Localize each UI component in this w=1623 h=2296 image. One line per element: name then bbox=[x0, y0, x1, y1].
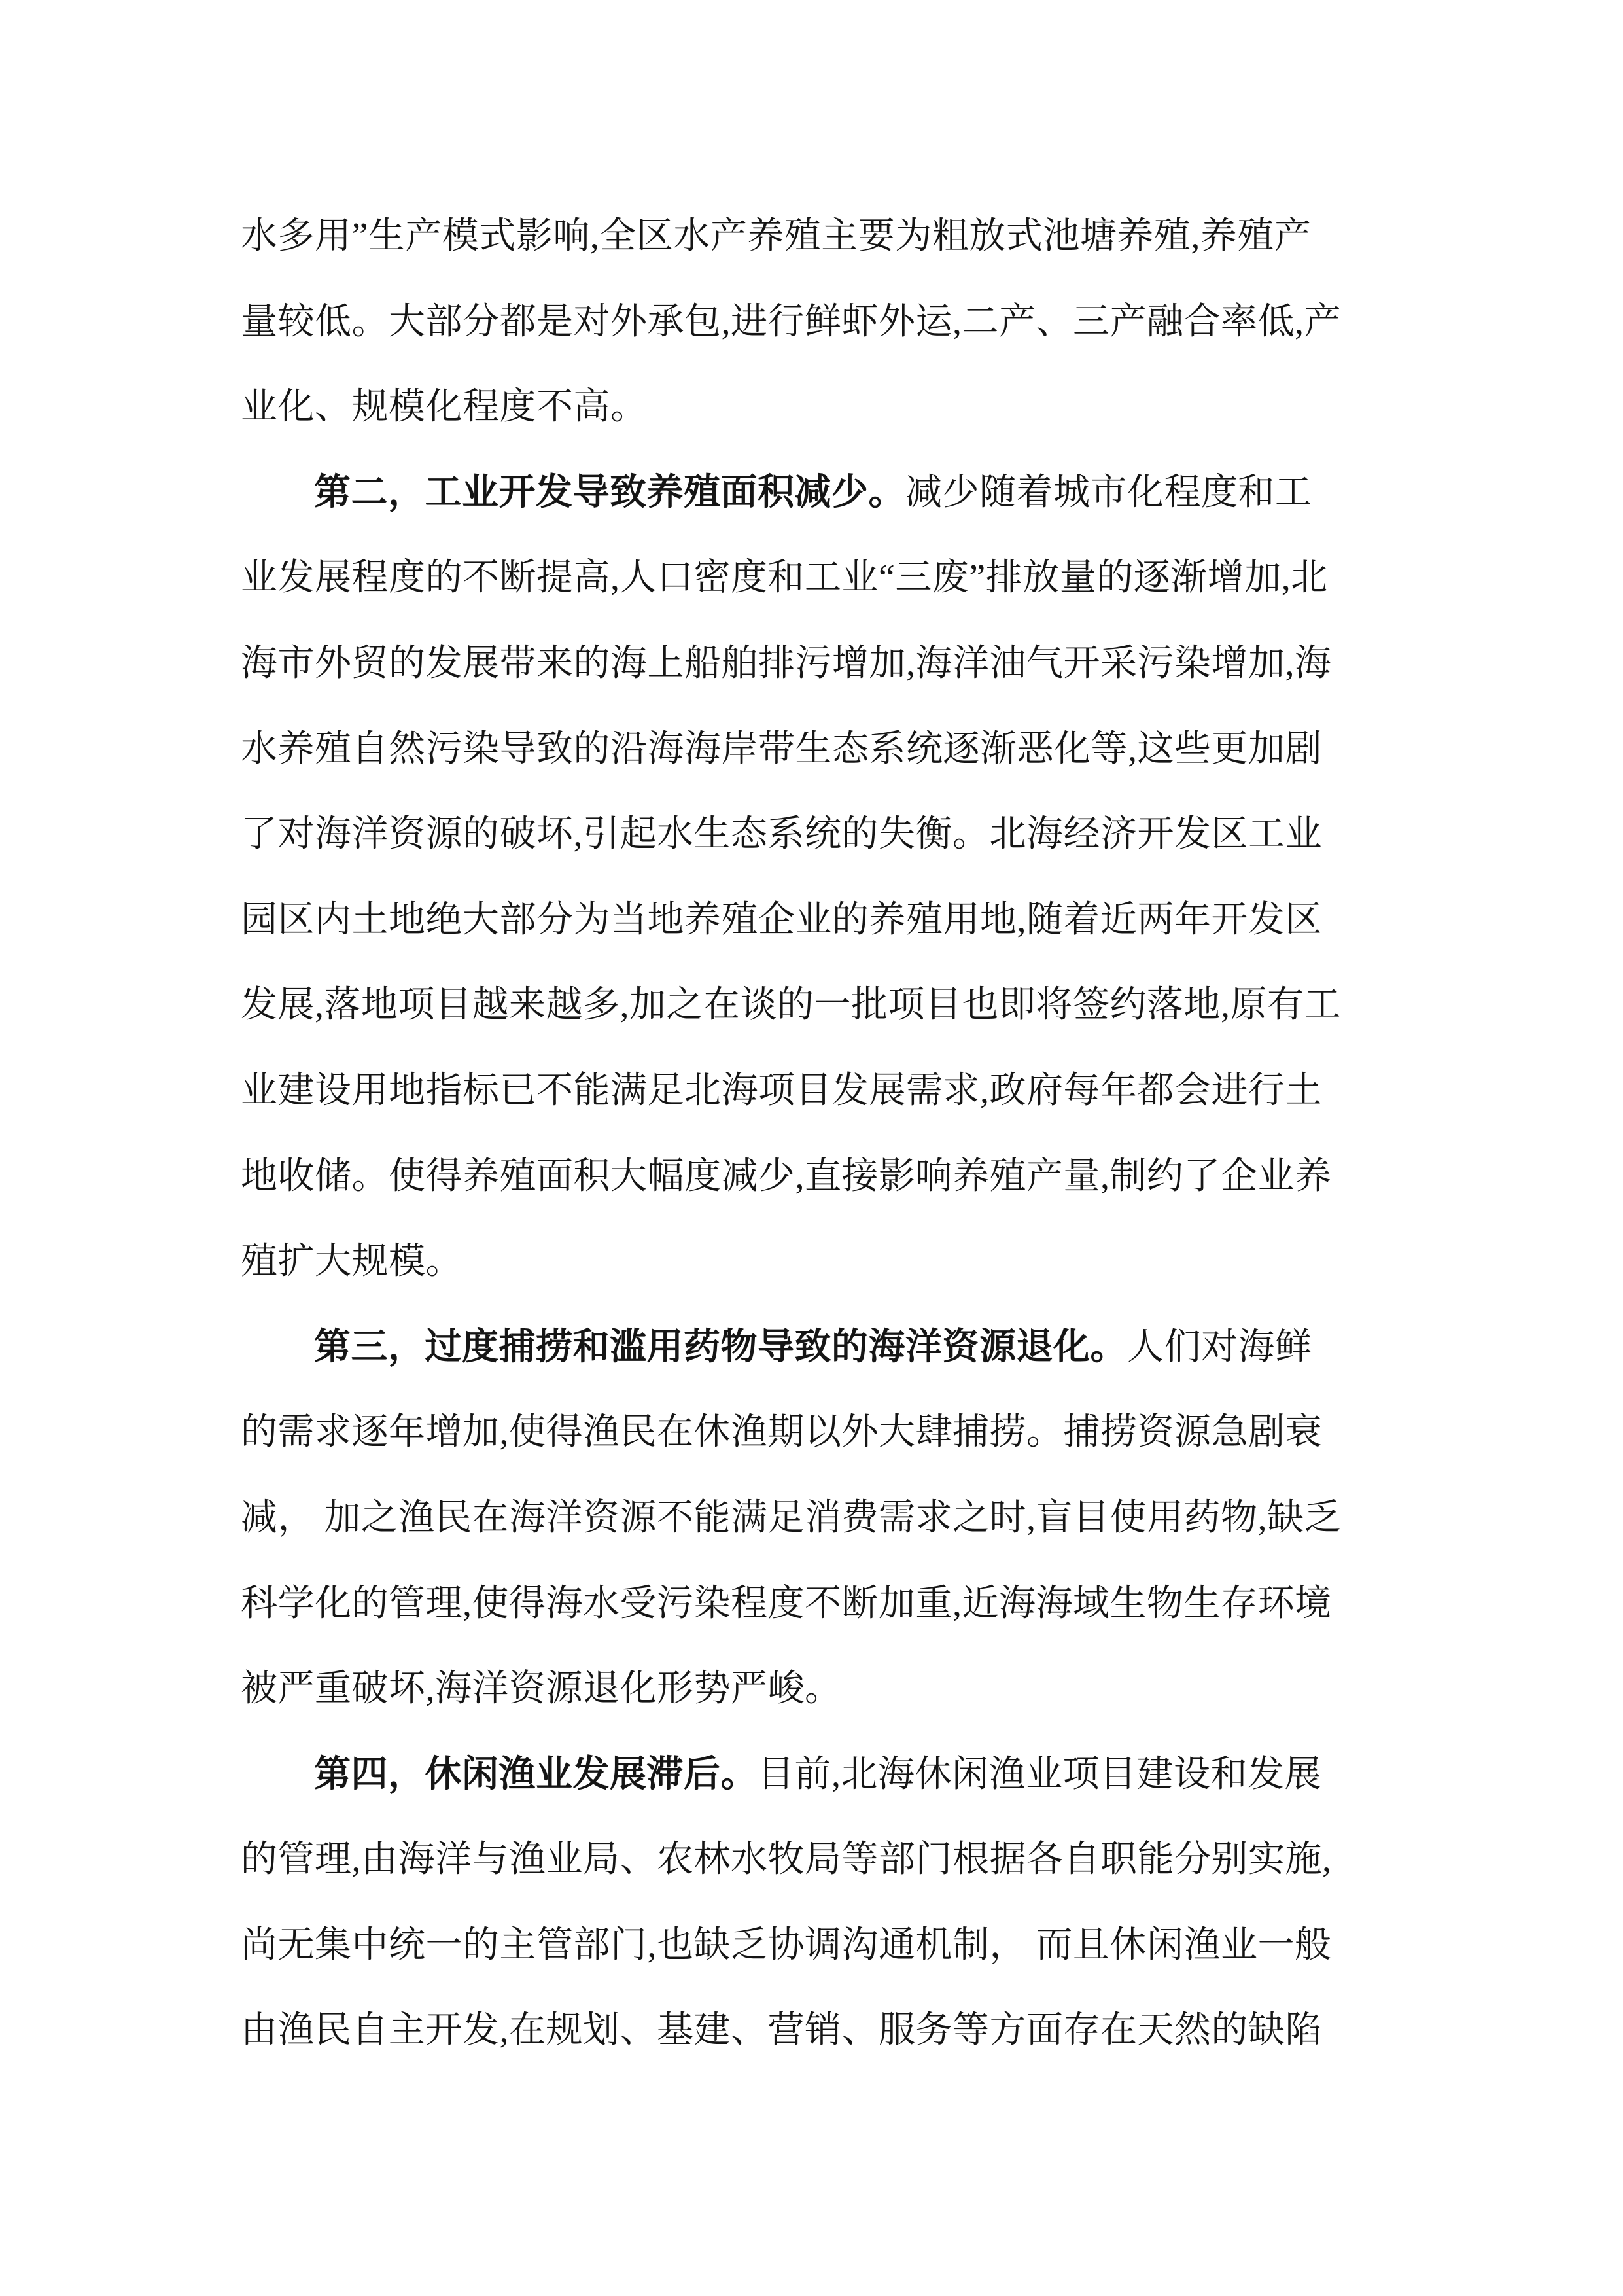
heading-bold-text: 第二，工业开发导致养殖面积减少。 bbox=[314, 472, 905, 513]
line-text: 的管理,由海洋与渔业局、农林水牧局等部门根据各自职能分别实施, bbox=[241, 1839, 1332, 1880]
paragraph: 第三，过度捕捞和滥用药物导致的海洋资源退化。人们对海鲜 的需求逐年增加,使得渔民… bbox=[241, 1305, 1392, 1732]
text-line: 地收储。使得养殖面积大幅度减少,直接影响养殖产量,制约了企业养 bbox=[241, 1134, 1392, 1220]
paragraph: 第二，工业开发导致养殖面积减少。减少随着城市化程度和工 业发展程度的不断提高,人… bbox=[241, 450, 1392, 1305]
line-text: 人们对海鲜 bbox=[1127, 1327, 1312, 1368]
line-text: 地收储。使得养殖面积大幅度减少,直接影响养殖产量,制约了企业养 bbox=[241, 1156, 1332, 1197]
line-text: 海市外贸的发展带来的海上船舶排污增加,海洋油气开采污染增加,海 bbox=[241, 643, 1332, 684]
text-line: 水多用”生产模式影响,全区水产养殖主要为粗放式池塘养殖,养殖产 bbox=[241, 194, 1392, 279]
line-text: 业化、规模化程度不高。 bbox=[241, 387, 648, 427]
text-line: 的需求逐年增加,使得渔民在休渔期以外大肆捕捞。捕捞资源急剧衰 bbox=[241, 1390, 1392, 1475]
text-line: 第二，工业开发导致养殖面积减少。减少随着城市化程度和工 bbox=[241, 450, 1392, 536]
text-line: 被严重破坏,海洋资源退化形势严峻。 bbox=[241, 1646, 1392, 1732]
heading-bold-text: 第三，过度捕捞和滥用药物导致的海洋资源退化。 bbox=[314, 1327, 1127, 1368]
line-text: 殖扩大规模。 bbox=[241, 1241, 462, 1282]
document-page: 水多用”生产模式影响,全区水产养殖主要为粗放式池塘养殖,养殖产 量较低。大部分都… bbox=[0, 0, 1623, 2296]
line-text: 了对海洋资源的破坏,引起水生态系统的失衡。北海经济开发区工业 bbox=[241, 814, 1322, 855]
line-text: 目前,北海休闲渔业项目建设和发展 bbox=[758, 1754, 1321, 1795]
line-text: 量较低。大部分都是对外承包,进行鲜虾外运,二产、三产融合率低,产 bbox=[241, 302, 1341, 342]
line-text: 被严重破坏,海洋资源退化形势严峻。 bbox=[241, 1669, 842, 1709]
line-text: 由渔民自主开发,在规划、基建、营销、服务等方面存在天然的缺陷 bbox=[241, 2010, 1322, 2051]
text-line: 尚无集中统一的主管部门,也缺乏协调沟通机制， 而且休闲渔业一般 bbox=[241, 1903, 1392, 1988]
document-body-text: 水多用”生产模式影响,全区水产养殖主要为粗放式池塘养殖,养殖产 量较低。大部分都… bbox=[241, 194, 1392, 2074]
text-line: 了对海洋资源的破坏,引起水生态系统的失衡。北海经济开发区工业 bbox=[241, 792, 1392, 877]
text-line: 园区内土地绝大部分为当地养殖企业的养殖用地,随着近两年开发区 bbox=[241, 877, 1392, 963]
line-text: 减， 加之渔民在海洋资源不能满足消费需求之时,盲目使用药物,缺乏 bbox=[241, 1498, 1341, 1538]
line-text: 尚无集中统一的主管部门,也缺乏协调沟通机制， 而且休闲渔业一般 bbox=[241, 1925, 1332, 1966]
line-text: 业建设用地指标已不能满足北海项目发展需求,政府每年都会进行土 bbox=[241, 1070, 1322, 1111]
line-text: 业发展程度的不断提高,人口密度和工业“三废”排放量的逐渐增加,北 bbox=[241, 557, 1328, 598]
text-line: 第三，过度捕捞和滥用药物导致的海洋资源退化。人们对海鲜 bbox=[241, 1305, 1392, 1390]
heading-bold-text: 第四，休闲渔业发展滞后。 bbox=[314, 1754, 758, 1795]
text-line: 水养殖自然污染导致的沿海海岸带生态系统逐渐恶化等,这些更加剧 bbox=[241, 707, 1392, 792]
line-text: 减少随着城市化程度和工 bbox=[905, 472, 1312, 513]
line-text: 的需求逐年增加,使得渔民在休渔期以外大肆捕捞。捕捞资源急剧衰 bbox=[241, 1412, 1322, 1453]
paragraph: 水多用”生产模式影响,全区水产养殖主要为粗放式池塘养殖,养殖产 量较低。大部分都… bbox=[241, 194, 1392, 450]
text-line: 由渔民自主开发,在规划、基建、营销、服务等方面存在天然的缺陷 bbox=[241, 1988, 1392, 2074]
text-line: 减， 加之渔民在海洋资源不能满足消费需求之时,盲目使用药物,缺乏 bbox=[241, 1475, 1392, 1561]
text-line: 的管理,由海洋与渔业局、农林水牧局等部门根据各自职能分别实施, bbox=[241, 1817, 1392, 1903]
text-line: 量较低。大部分都是对外承包,进行鲜虾外运,二产、三产融合率低,产 bbox=[241, 279, 1392, 365]
text-line: 发展,落地项目越来越多,加之在谈的一批项目也即将签约落地,原有工 bbox=[241, 963, 1392, 1048]
text-line: 业发展程度的不断提高,人口密度和工业“三废”排放量的逐渐增加,北 bbox=[241, 535, 1392, 621]
line-text: 科学化的管理,使得海水受污染程度不断加重,近海海域生物生存环境 bbox=[241, 1583, 1332, 1624]
text-line: 业化、规模化程度不高。 bbox=[241, 364, 1392, 450]
line-text: 发展,落地项目越来越多,加之在谈的一批项目也即将签约落地,原有工 bbox=[241, 985, 1341, 1025]
text-line: 业建设用地指标已不能满足北海项目发展需求,政府每年都会进行土 bbox=[241, 1048, 1392, 1134]
paragraph: 第四，休闲渔业发展滞后。目前,北海休闲渔业项目建设和发展 的管理,由海洋与渔业局… bbox=[241, 1732, 1392, 2074]
line-text: 水多用”生产模式影响,全区水产养殖主要为粗放式池塘养殖,养殖产 bbox=[241, 216, 1311, 256]
line-text: 水养殖自然污染导致的沿海海岸带生态系统逐渐恶化等,这些更加剧 bbox=[241, 729, 1322, 769]
text-line: 海市外贸的发展带来的海上船舶排污增加,海洋油气开采污染增加,海 bbox=[241, 621, 1392, 707]
text-line: 殖扩大规模。 bbox=[241, 1219, 1392, 1305]
line-text: 园区内土地绝大部分为当地养殖企业的养殖用地,随着近两年开发区 bbox=[241, 900, 1322, 940]
text-line: 科学化的管理,使得海水受污染程度不断加重,近海海域生物生存环境 bbox=[241, 1561, 1392, 1647]
text-line: 第四，休闲渔业发展滞后。目前,北海休闲渔业项目建设和发展 bbox=[241, 1732, 1392, 1818]
